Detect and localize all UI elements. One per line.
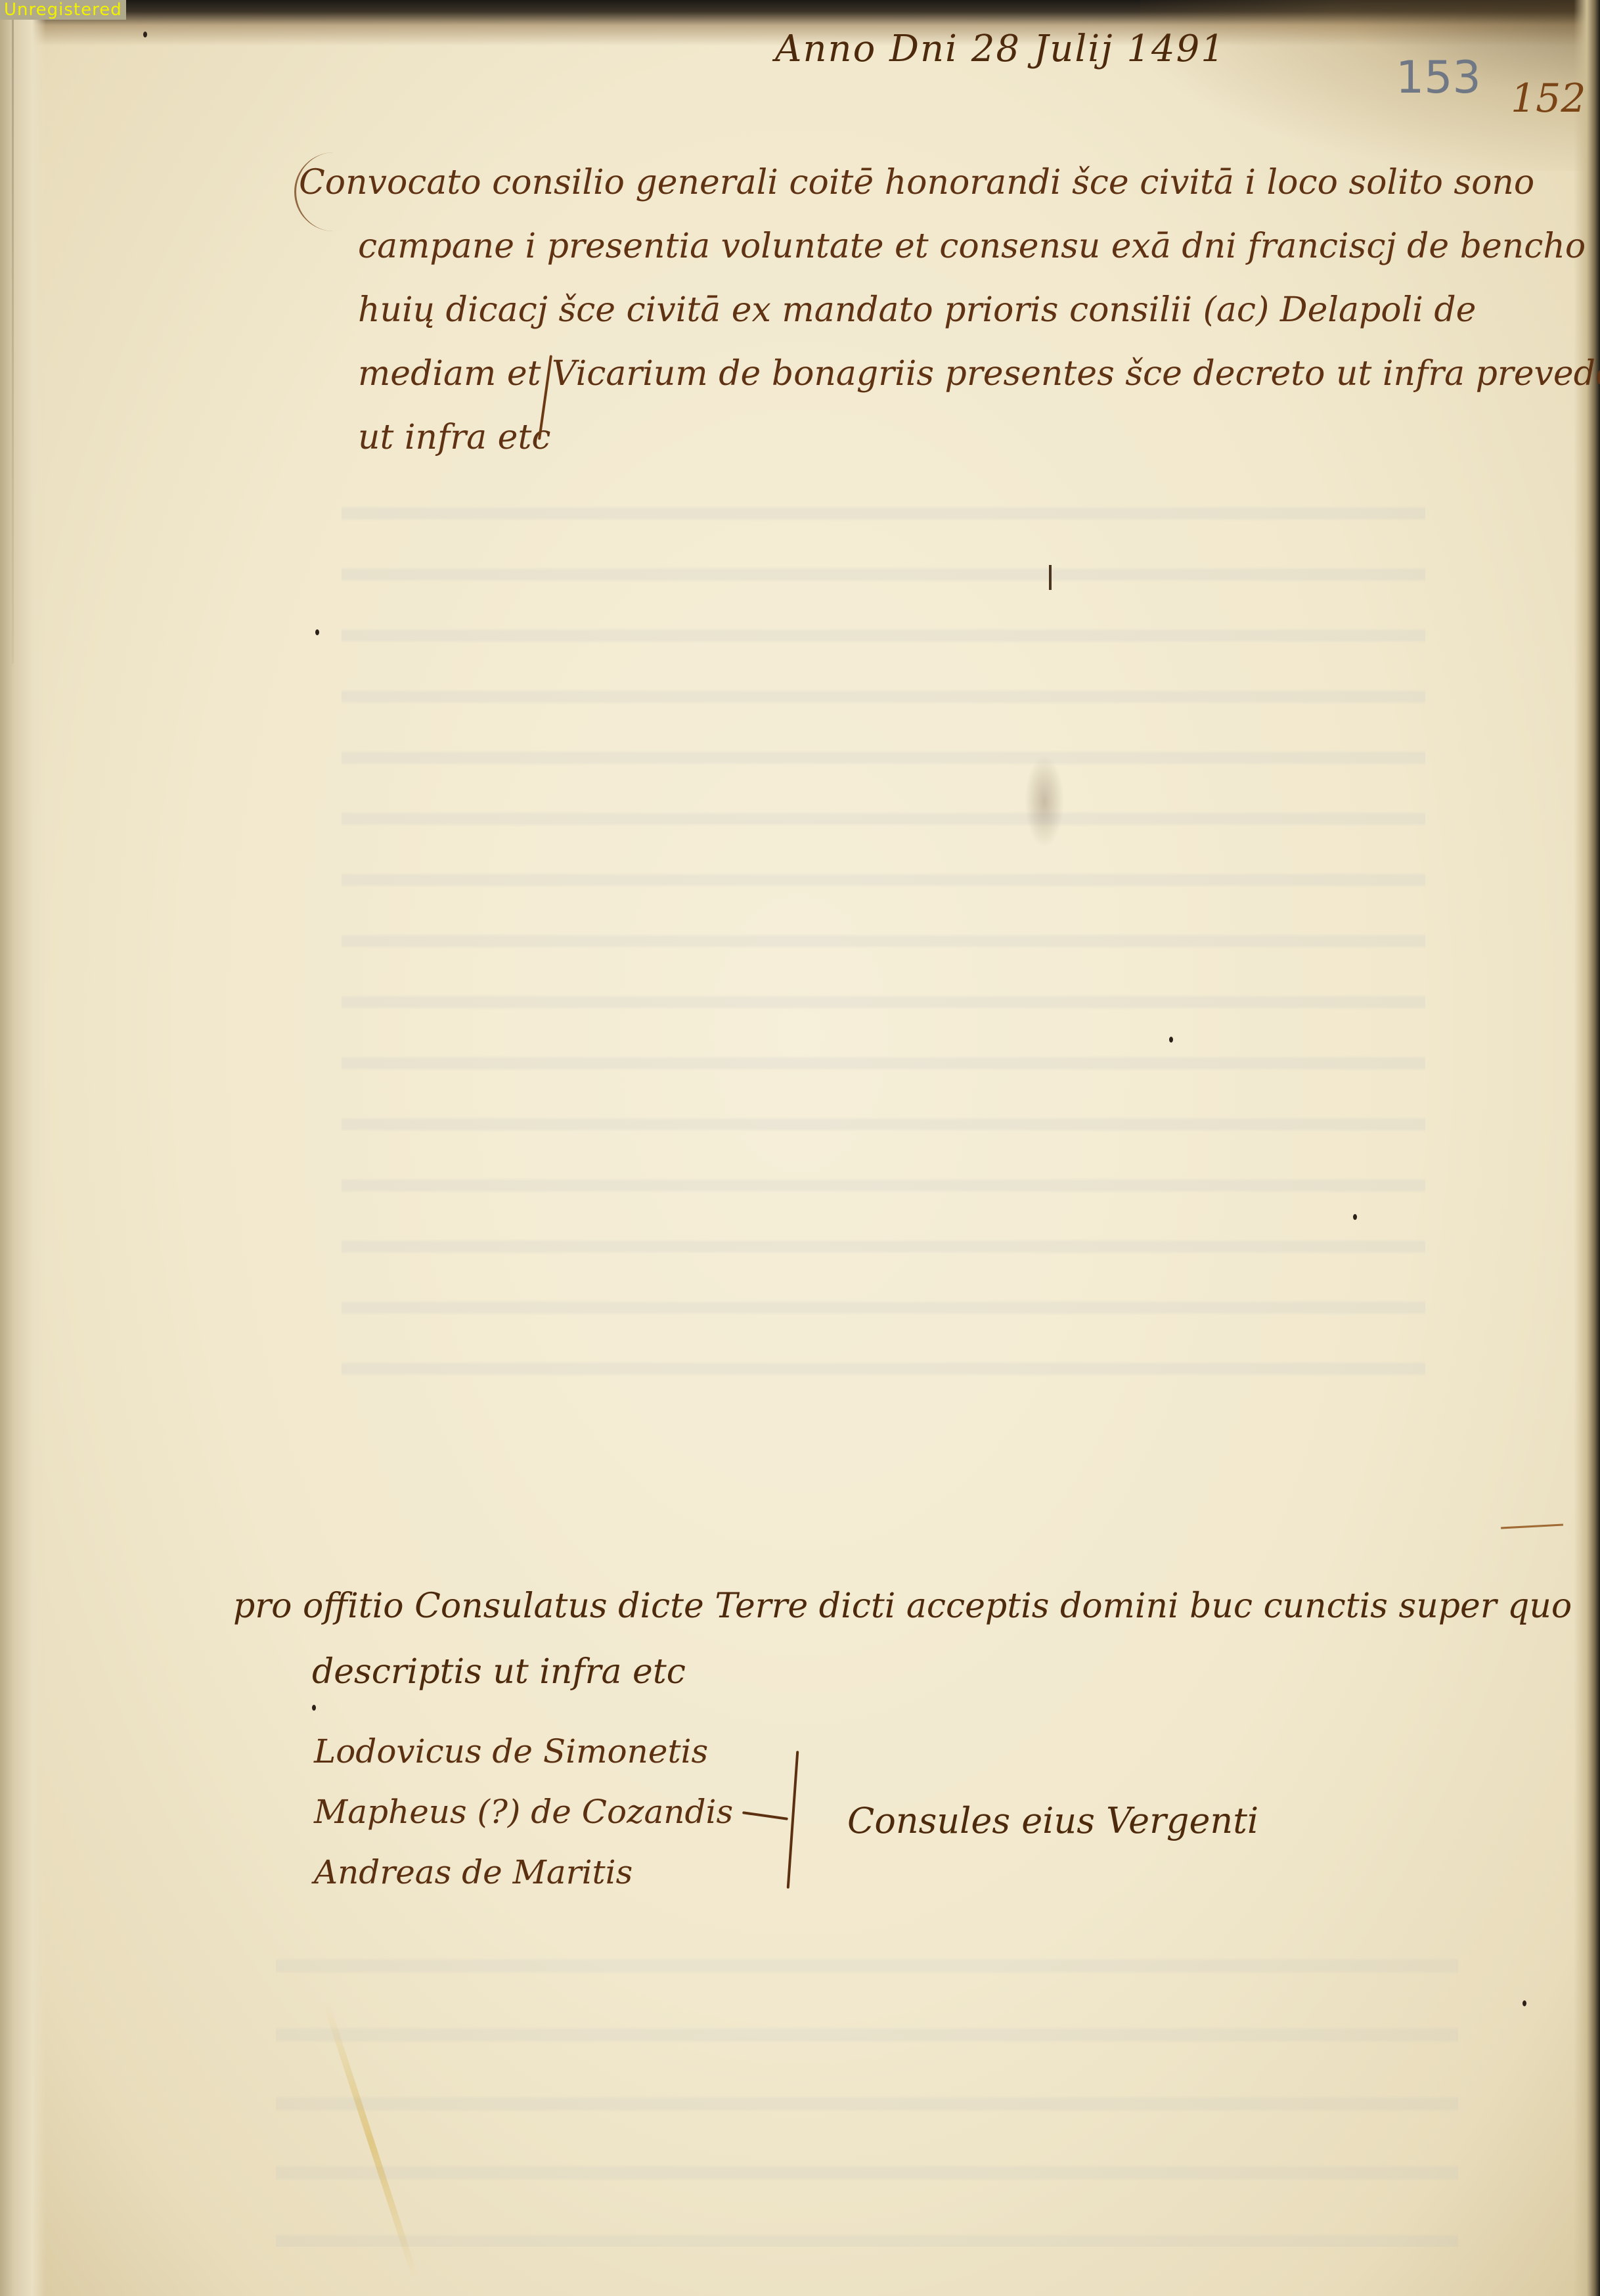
stray-pen-stroke — [1049, 565, 1052, 590]
speck — [1522, 2000, 1526, 2006]
grouping-bracket — [787, 1751, 799, 1889]
folio-number-pencil: 153 — [1396, 56, 1481, 101]
ink-stain — [1025, 755, 1064, 847]
paragraph-line: huių dicacj šce civitā ex mandato priori… — [299, 279, 1547, 342]
consul-name: Mapheus (?) de Cozandis — [314, 1782, 733, 1842]
verso-bleed-through — [342, 460, 1425, 1380]
entry-line: descriptis ut infra etc — [233, 1639, 1481, 1705]
paragraph-line: campane i presentia voluntate et consens… — [299, 215, 1547, 279]
verso-bleed-through-lower — [276, 1905, 1458, 2247]
unregistered-watermark: Unregistered — [0, 0, 126, 20]
entry-line: pro offitio Consulatus dicte Terre dicti… — [233, 1573, 1481, 1639]
gutter-fold-line — [12, 7, 14, 664]
paragraph-line: Convocato consilio generali coitē honora… — [299, 151, 1547, 215]
binding-gutter — [0, 0, 46, 2296]
folio-number-ink: 152 — [1511, 76, 1586, 122]
consul-name: Andreas de Maritis — [314, 1842, 733, 1902]
paragraph-line: ut infra etc — [299, 406, 1547, 470]
manuscript-folio: Unregistered Anno Dni 28 Julij 1491 153 … — [0, 0, 1600, 2296]
bracket-connector — [742, 1811, 788, 1820]
paragraph-line: mediam et Vicarium de bonagriis presente… — [299, 342, 1547, 406]
council-minutes-paragraph: Convocato consilio generali coitē honora… — [299, 151, 1547, 470]
speck — [315, 629, 319, 635]
consuls-name-list: Lodovicus de Simonetis Mapheus (?) de Co… — [314, 1721, 733, 1902]
header-date-line: Anno Dni 28 Julij 1491 — [775, 28, 1226, 70]
speck — [143, 32, 147, 37]
speck — [1169, 1037, 1173, 1043]
speck — [1353, 1214, 1357, 1220]
speck — [312, 1705, 316, 1711]
bracket-label: Consules eius Vergenti — [847, 1800, 1258, 1841]
margin-stroke — [1501, 1524, 1563, 1529]
consulate-entry: pro offitio Consulatus dicte Terre dicti… — [233, 1573, 1481, 1705]
consul-name: Lodovicus de Simonetis — [314, 1721, 733, 1782]
